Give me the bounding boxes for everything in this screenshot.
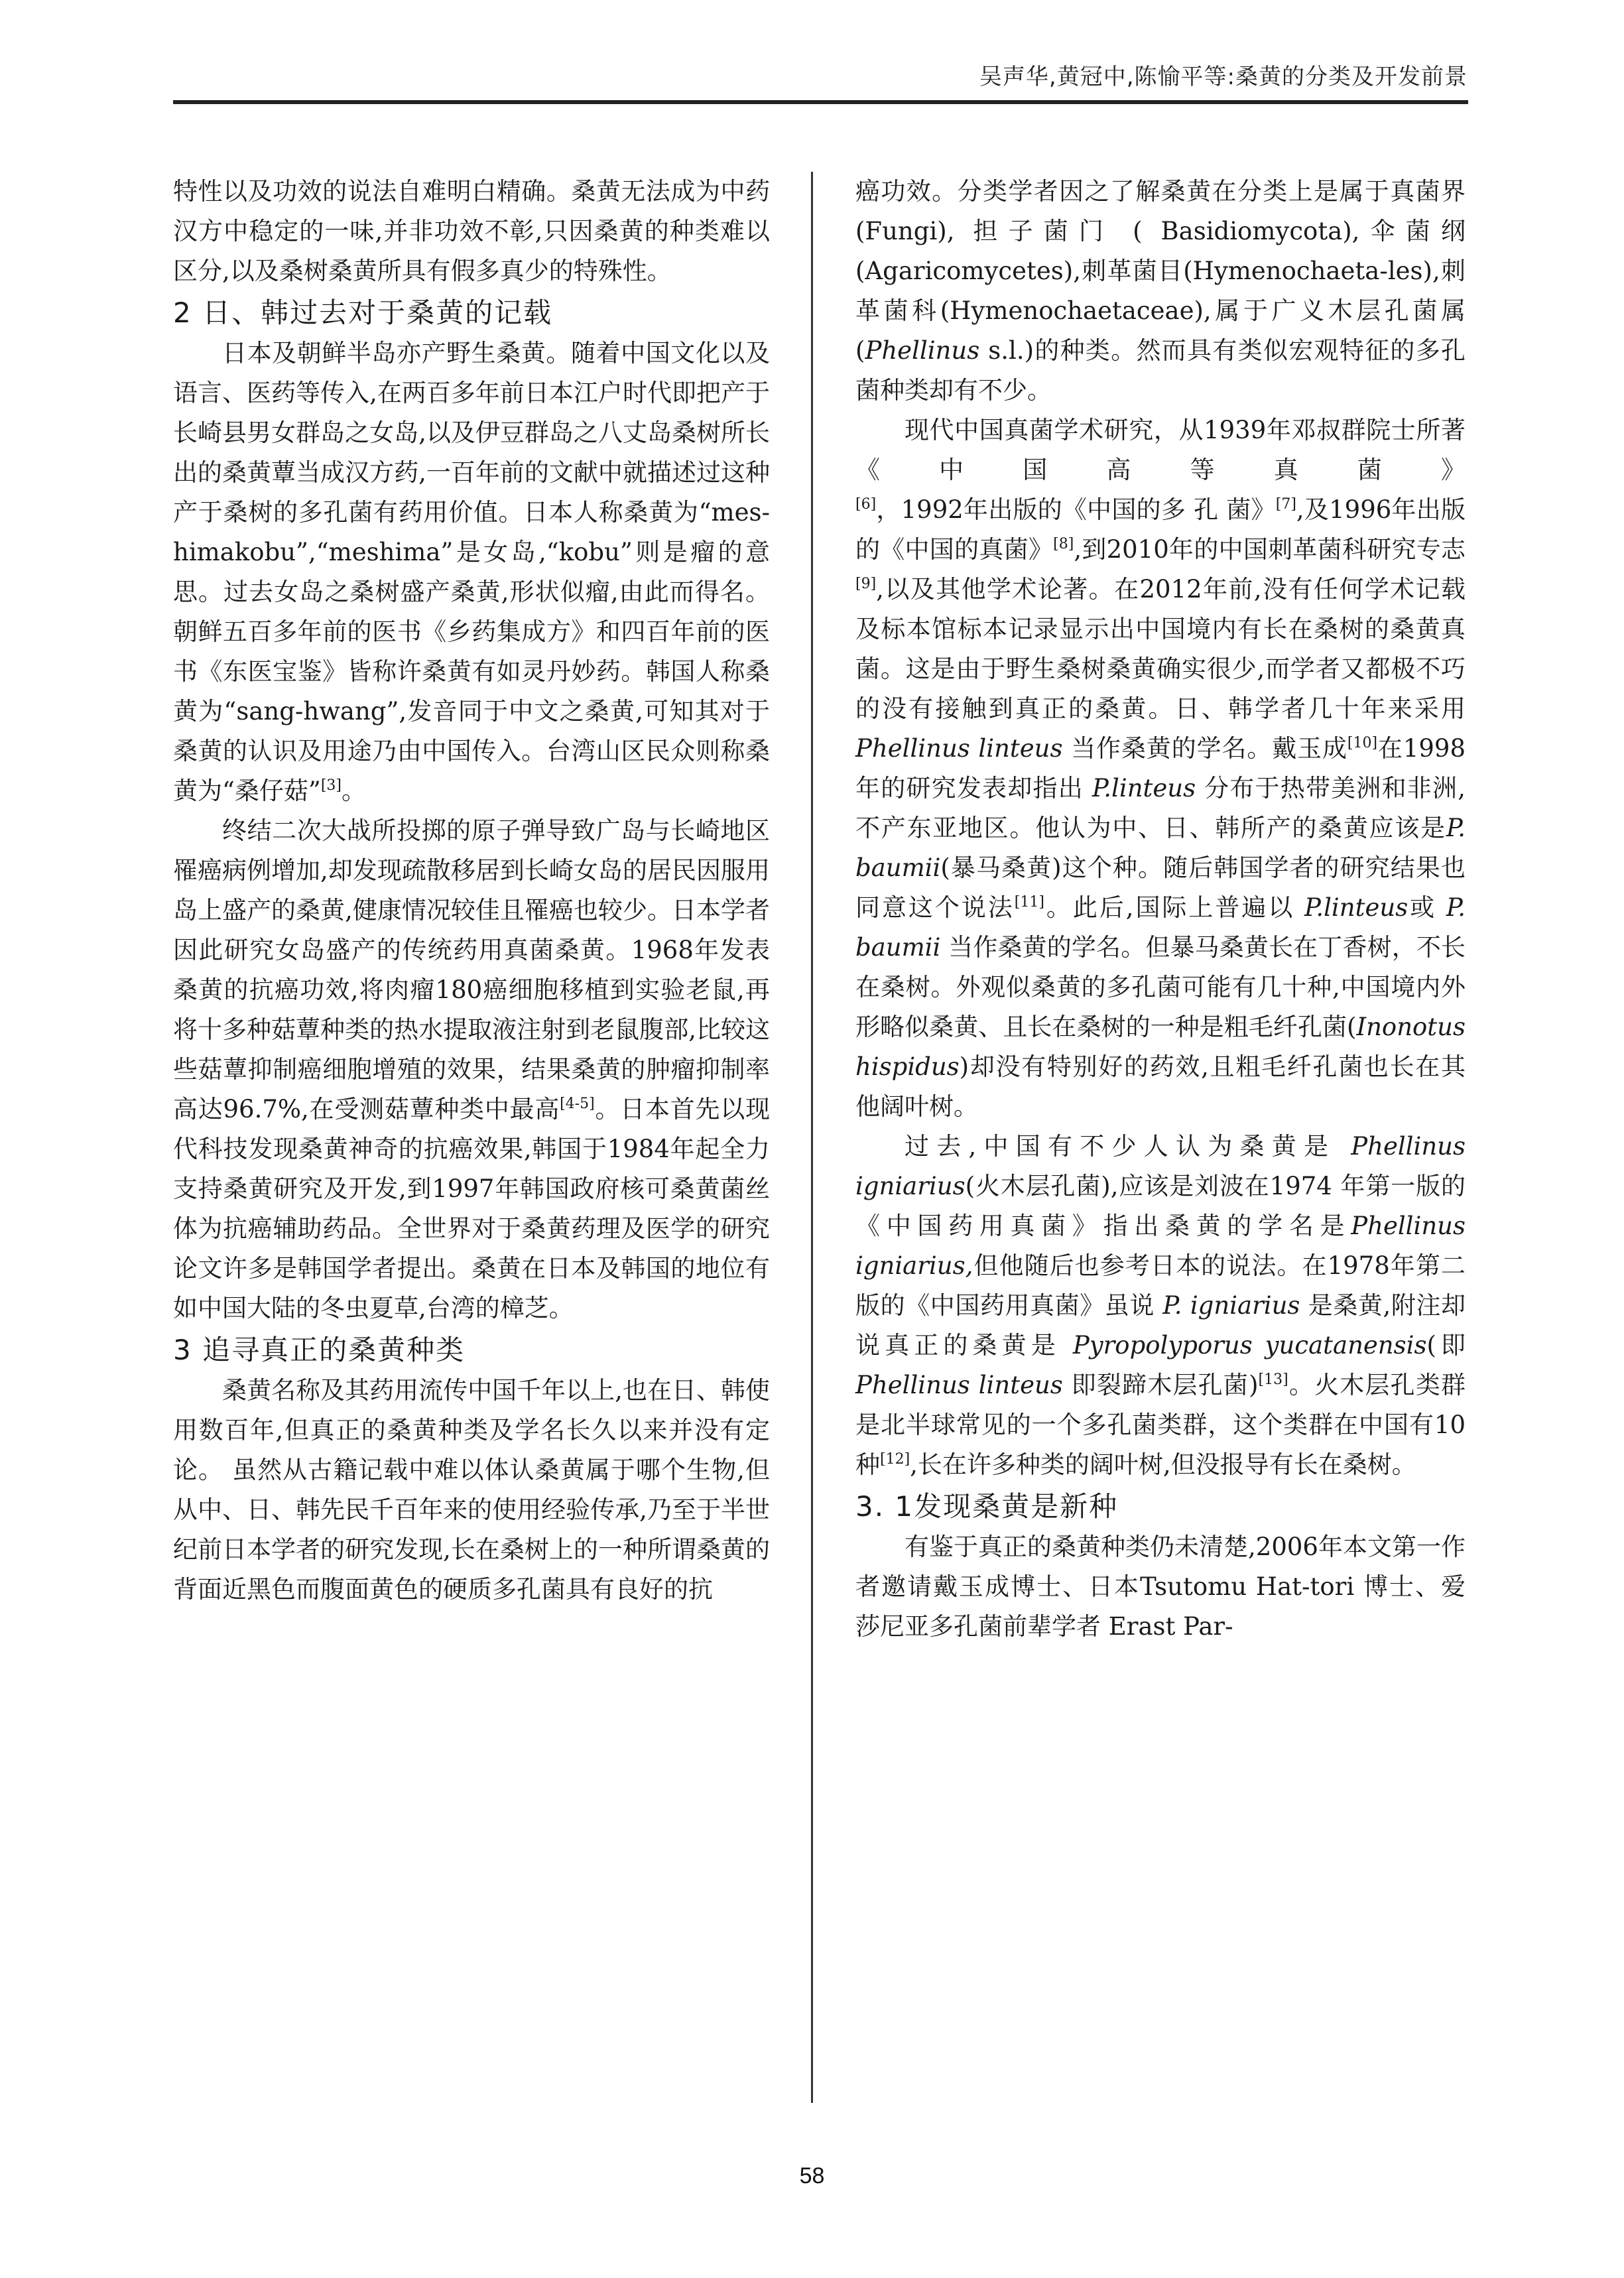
text: ,以及其他学术论著。在2012年前,没有任何学术记载及标本馆标本记录显示出中国境… bbox=[855, 575, 1466, 723]
scientific-name: Pyropolyporus yucatanensis bbox=[1073, 1331, 1427, 1360]
text: 终结二次大战所投掷的原子弹导致广岛与长崎地区罹癌病例增加,却发现疏散移居到长崎女… bbox=[173, 816, 770, 1123]
text: 过去,中国有不少人认为桑黄是 bbox=[905, 1132, 1351, 1161]
right-column: 癌功效。分类学者因之了解桑黄在分类上是属于真菌界(Fungi), 担子菌门 ( … bbox=[855, 172, 1466, 1647]
text: 。 bbox=[342, 777, 366, 805]
text: 或 bbox=[1408, 893, 1446, 922]
scientific-name: Phellinus linteus bbox=[855, 1371, 1063, 1399]
paragraph: 过去,中国有不少人认为桑黄是 Phellinus igniarius(火木层孔菌… bbox=[855, 1127, 1466, 1485]
text: 当作桑黄的学名。戴玉成 bbox=[1063, 734, 1347, 763]
paragraph: 日本及朝鲜半岛亦产野生桑黄。随着中国文化以及语言、医药等传入,在两百多年前日本江… bbox=[173, 334, 770, 811]
citation: [6] bbox=[855, 496, 876, 513]
citation: [3] bbox=[321, 777, 342, 794]
paragraph: 有鉴于真正的桑黄种类仍未清楚,2006年本文第一作者邀请戴玉成博士、日本Tsut… bbox=[855, 1527, 1466, 1647]
paragraph: 终结二次大战所投掷的原子弹导致广岛与长崎地区罹癌病例增加,却发现疏散移居到长崎女… bbox=[173, 811, 770, 1328]
text: 。此后,国际上普遍以 bbox=[1044, 893, 1304, 922]
section-heading-3: 3 追寻真正的桑黄种类 bbox=[173, 1330, 770, 1371]
header-rule bbox=[173, 100, 1468, 104]
scientific-name: P.linteus bbox=[1304, 893, 1408, 922]
page-number: 58 bbox=[0, 2163, 1624, 2189]
subsection-heading-3-1: 3. 1发现桑黄是新种 bbox=[855, 1486, 1466, 1527]
section-heading-2: 2 日、韩过去对于桑黄的记载 bbox=[173, 292, 770, 334]
paragraph: 癌功效。分类学者因之了解桑黄在分类上是属于真菌界(Fungi), 担子菌门 ( … bbox=[855, 172, 1466, 411]
text: 现代中国真菌学术研究，从1939年邓叔群院士所著《中国高等真菌》 bbox=[855, 416, 1466, 484]
citation: [12] bbox=[880, 1451, 910, 1468]
column-divider bbox=[811, 172, 813, 2103]
citation: [13] bbox=[1259, 1371, 1288, 1388]
text: ，1992年出版的《中国的多 孔 菌》 bbox=[876, 495, 1276, 524]
text: 即裂蹄木层孔菌) bbox=[1063, 1371, 1259, 1399]
citation: [7] bbox=[1276, 496, 1296, 513]
text: ,到2010年的中国刺革菌科研究专志 bbox=[1074, 535, 1466, 564]
citation: [9] bbox=[855, 576, 876, 592]
scientific-name: Phellinus bbox=[865, 336, 979, 365]
running-head: 吴声华,黄冠中,陈愉平等:桑黄的分类及开发前景 bbox=[979, 58, 1468, 91]
text: ,长在许多种类的阔叶树,但没报导有长在桑树。 bbox=[910, 1450, 1416, 1479]
scientific-name: P.linteus bbox=[1092, 774, 1196, 802]
citation: [11] bbox=[1015, 894, 1044, 911]
text: 。日本首先以现代科技发现桑黄神奇的抗癌效果,韩国于1984年起全力支持桑黄研究及… bbox=[173, 1095, 770, 1322]
citation: [8] bbox=[1053, 536, 1074, 552]
left-column: 特性以及功效的说法自难明白精确。桑黄无法成为中药汉方中稳定的一味,并非功效不彰,… bbox=[173, 172, 770, 1610]
text: 日本及朝鲜半岛亦产野生桑黄。随着中国文化以及语言、医药等传入,在两百多年前日本江… bbox=[173, 339, 770, 805]
scientific-name: P. igniarius bbox=[1162, 1291, 1300, 1320]
paragraph: 桑黄名称及其药用流传中国千年以上,也在日、韩使用数百年,但真正的桑黄种类及学名长… bbox=[173, 1371, 770, 1610]
citation: [4-5] bbox=[560, 1096, 595, 1112]
text: (即 bbox=[1426, 1331, 1466, 1360]
citation: [10] bbox=[1347, 735, 1377, 751]
paragraph: 现代中国真菌学术研究，从1939年邓叔群院士所著《中国高等真菌》[6]，1992… bbox=[855, 411, 1466, 1127]
scientific-name: Phellinus linteus bbox=[855, 734, 1063, 763]
paragraph: 特性以及功效的说法自难明白精确。桑黄无法成为中药汉方中稳定的一味,并非功效不彰,… bbox=[173, 172, 770, 291]
